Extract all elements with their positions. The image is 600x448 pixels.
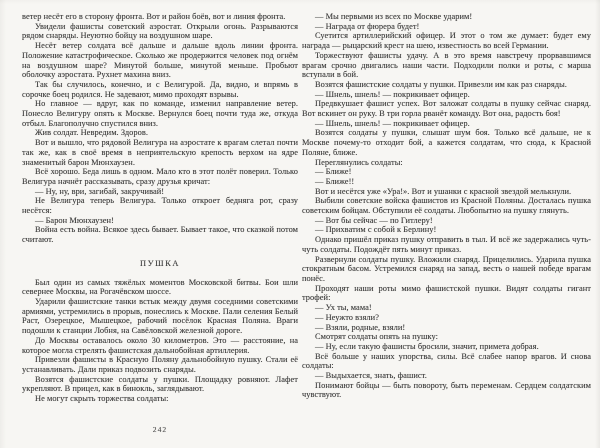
chapter-heading: ПУШКА — [22, 259, 298, 269]
paragraph: До Москвы оставалось около 30 километров… — [22, 336, 298, 355]
paragraph: Всё больше у наших упорства, силы. Всё с… — [302, 352, 591, 371]
paragraph: Предвкушает фашист успех. Вот заложат со… — [302, 99, 591, 118]
paragraph: Торжествуют фашисты удачу. А в это время… — [302, 51, 591, 80]
left-page-text-bottom: Был один из самых тяжёлых моментов Моско… — [22, 278, 298, 404]
paragraph: ветер несёт его в сторону фронта. Вот и … — [22, 12, 298, 22]
paragraph: Всё хорошо. Беда лишь в одном. Мало кто … — [22, 167, 298, 186]
paragraph: Не Велигура теперь Велигура. Только откр… — [22, 196, 298, 215]
left-page-text-top: ветер несёт его в сторону фронта. Вот и … — [22, 12, 298, 245]
paragraph: Вот и несётся уже «Ура!». Вот и ушанки с… — [302, 187, 591, 197]
paragraph: — Шнель, шнель! — покрикивает офицер. — [302, 119, 591, 129]
paragraph: Жив солдат. Невредим. Здоров. — [22, 128, 298, 138]
paragraph: Возятся фашистские солдаты у пушки. Площ… — [22, 375, 298, 394]
paragraph: Война есть война. Всякое здесь бывает. Б… — [22, 225, 298, 244]
paragraph: — Выдыхается, знать, фашист. — [302, 371, 591, 381]
paragraph: — Ближе! — [302, 167, 591, 177]
paragraph: — Прихватим с собой к Берлину! — [302, 225, 591, 235]
paragraph: Переглянулись солдаты: — [302, 158, 591, 168]
left-page: ветер несёт его в сторону фронта. Вот и … — [22, 12, 298, 438]
book-spread: ветер несёт его в сторону фронта. Вот и … — [0, 0, 600, 448]
paragraph: Однако пришёл приказ пушку отправить в т… — [302, 235, 591, 254]
right-page-text: — Мы первыми из всех по Москве ударим!— … — [302, 12, 591, 400]
paragraph: Привезли фашисты в Красную Поляну дально… — [22, 355, 298, 374]
paragraph: — Мы первыми из всех по Москве ударим! — [302, 12, 591, 22]
paragraph: — Награда от фюрера будет! — [302, 22, 591, 32]
paragraph: Был один из самых тяжёлых моментов Моско… — [22, 278, 298, 297]
paragraph: Смотрят солдаты опять на пушку: — [302, 332, 591, 342]
paragraph: — Барон Мюнхаузен! — [22, 216, 298, 226]
paragraph: Возятся фашистские солдаты у пушки. Прив… — [302, 80, 591, 90]
paragraph: Так бы случилось, конечно, и с Велигурой… — [22, 80, 298, 99]
paragraph: Суетится артиллерийский офицер. И этот о… — [302, 31, 591, 50]
page-number: 242 — [22, 425, 298, 435]
paragraph: — Шнель, шнель! — покрикивает офицер. — [302, 90, 591, 100]
paragraph: — Ну, если такую фашисты бросили, значит… — [302, 342, 591, 352]
paragraph: — Ну, ну, ври, загибай, закручивай! — [22, 187, 298, 197]
paragraph: — Ближе!! — [302, 177, 591, 187]
paragraph: — Взяли, родные, взяли! — [302, 323, 591, 333]
paragraph: Несёт ветер солдата всё дальше и дальше … — [22, 41, 298, 80]
paragraph: Ударили фашистские танки встык между дву… — [22, 297, 298, 336]
paragraph: Выбили советские войска фашистов из Крас… — [302, 196, 591, 215]
paragraph: Возятся солдаты у пушки, слышат шум боя.… — [302, 128, 591, 157]
paragraph: — Неужто взяли? — [302, 313, 591, 323]
paragraph: Вот и вышло, что рядовой Велигура на аэр… — [22, 138, 298, 167]
paragraph: Развернули солдаты пушку. Вложили снаряд… — [302, 255, 591, 284]
paragraph: Проходят наши роты мимо фашистской пушки… — [302, 284, 591, 303]
paragraph: Увидели фашисты советский аэростат. Откр… — [22, 22, 298, 41]
paragraph: Понимают бойцы — быть повороту, быть пер… — [302, 381, 591, 400]
paragraph: Не могут скрыть торжества солдаты: — [22, 394, 298, 404]
paragraph: Но главное — вдруг, как по команде, изме… — [22, 99, 298, 128]
paragraph: — Вот бы сейчас — по Гитлеру! — [302, 216, 591, 226]
paragraph: — Ух ты, мама! — [302, 303, 591, 313]
right-page: — Мы первыми из всех по Москве ударим!— … — [302, 12, 591, 438]
